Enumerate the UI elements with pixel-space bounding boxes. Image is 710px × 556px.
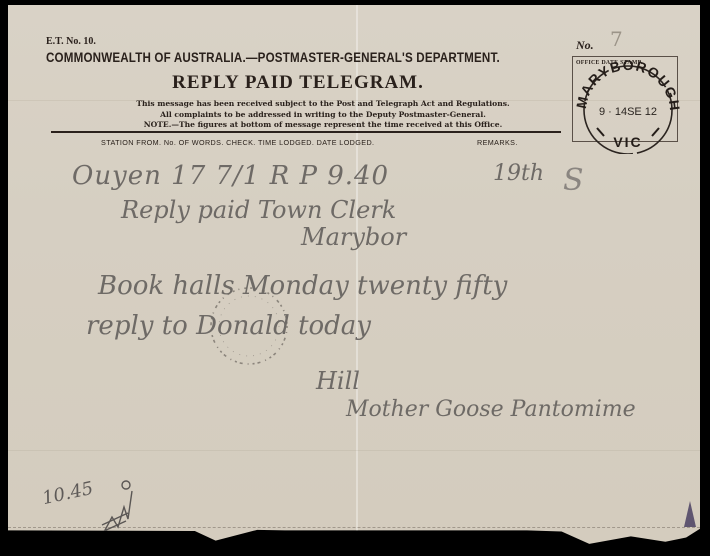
handwritten-time-received: 10.45	[40, 478, 95, 509]
handwritten-station-line: Ouyen 17 7/1 R P 9.40	[72, 161, 389, 191]
telegram-form: E.T. No. 10. COMMONWEALTH OF AUSTRALIA.—…	[8, 5, 700, 545]
form-number: E.T. No. 10.	[46, 36, 96, 47]
handwritten-addressee: Reply paid Town Clerk	[121, 196, 396, 224]
telegram-title: REPLY PAID TELEGRAM.	[148, 72, 448, 94]
handwritten-message-line: reply to Donald today	[86, 311, 371, 341]
clerk-initials-scribble-icon	[98, 477, 138, 537]
postmark-date: 9 · 14SE 12	[599, 106, 657, 118]
handwritten-company: Mother Goose Pantomime	[346, 397, 636, 422]
remarks-header: REMARKS.	[477, 138, 518, 147]
maryborough-postmark-icon: MARYBOROUGH 9 · 14SE 12 VIC	[572, 54, 682, 154]
notice-line: This message has been received subject t…	[88, 99, 558, 110]
torn-corner	[684, 501, 696, 527]
department-heading: COMMONWEALTH OF AUSTRALIA.—POSTMASTER-GE…	[46, 50, 493, 65]
handwritten-remark: S	[563, 163, 584, 198]
notice-text: This message has been received subject t…	[88, 99, 558, 131]
header-rule	[51, 131, 561, 133]
handwritten-destination: Marybor	[301, 223, 406, 251]
handwritten-date: 19th	[493, 161, 544, 186]
handwritten-message-line: Book halls Monday twenty fifty	[98, 271, 507, 301]
number-label: No.	[576, 38, 594, 53]
horizontal-fold-line	[8, 450, 700, 451]
handwritten-sender: Hill	[316, 367, 360, 395]
notice-line: NOTE.—The figures at bottom of message r…	[88, 120, 558, 131]
column-headers: STATION FROM. No. OF WORDS. CHECK. TIME …	[101, 138, 374, 147]
notice-line: All complaints to be addressed in writin…	[88, 110, 558, 121]
svg-text:VIC: VIC	[613, 134, 642, 150]
telegram-number: 7	[610, 27, 623, 51]
svg-text:MARYBOROUGH: MARYBOROUGH	[573, 57, 682, 113]
